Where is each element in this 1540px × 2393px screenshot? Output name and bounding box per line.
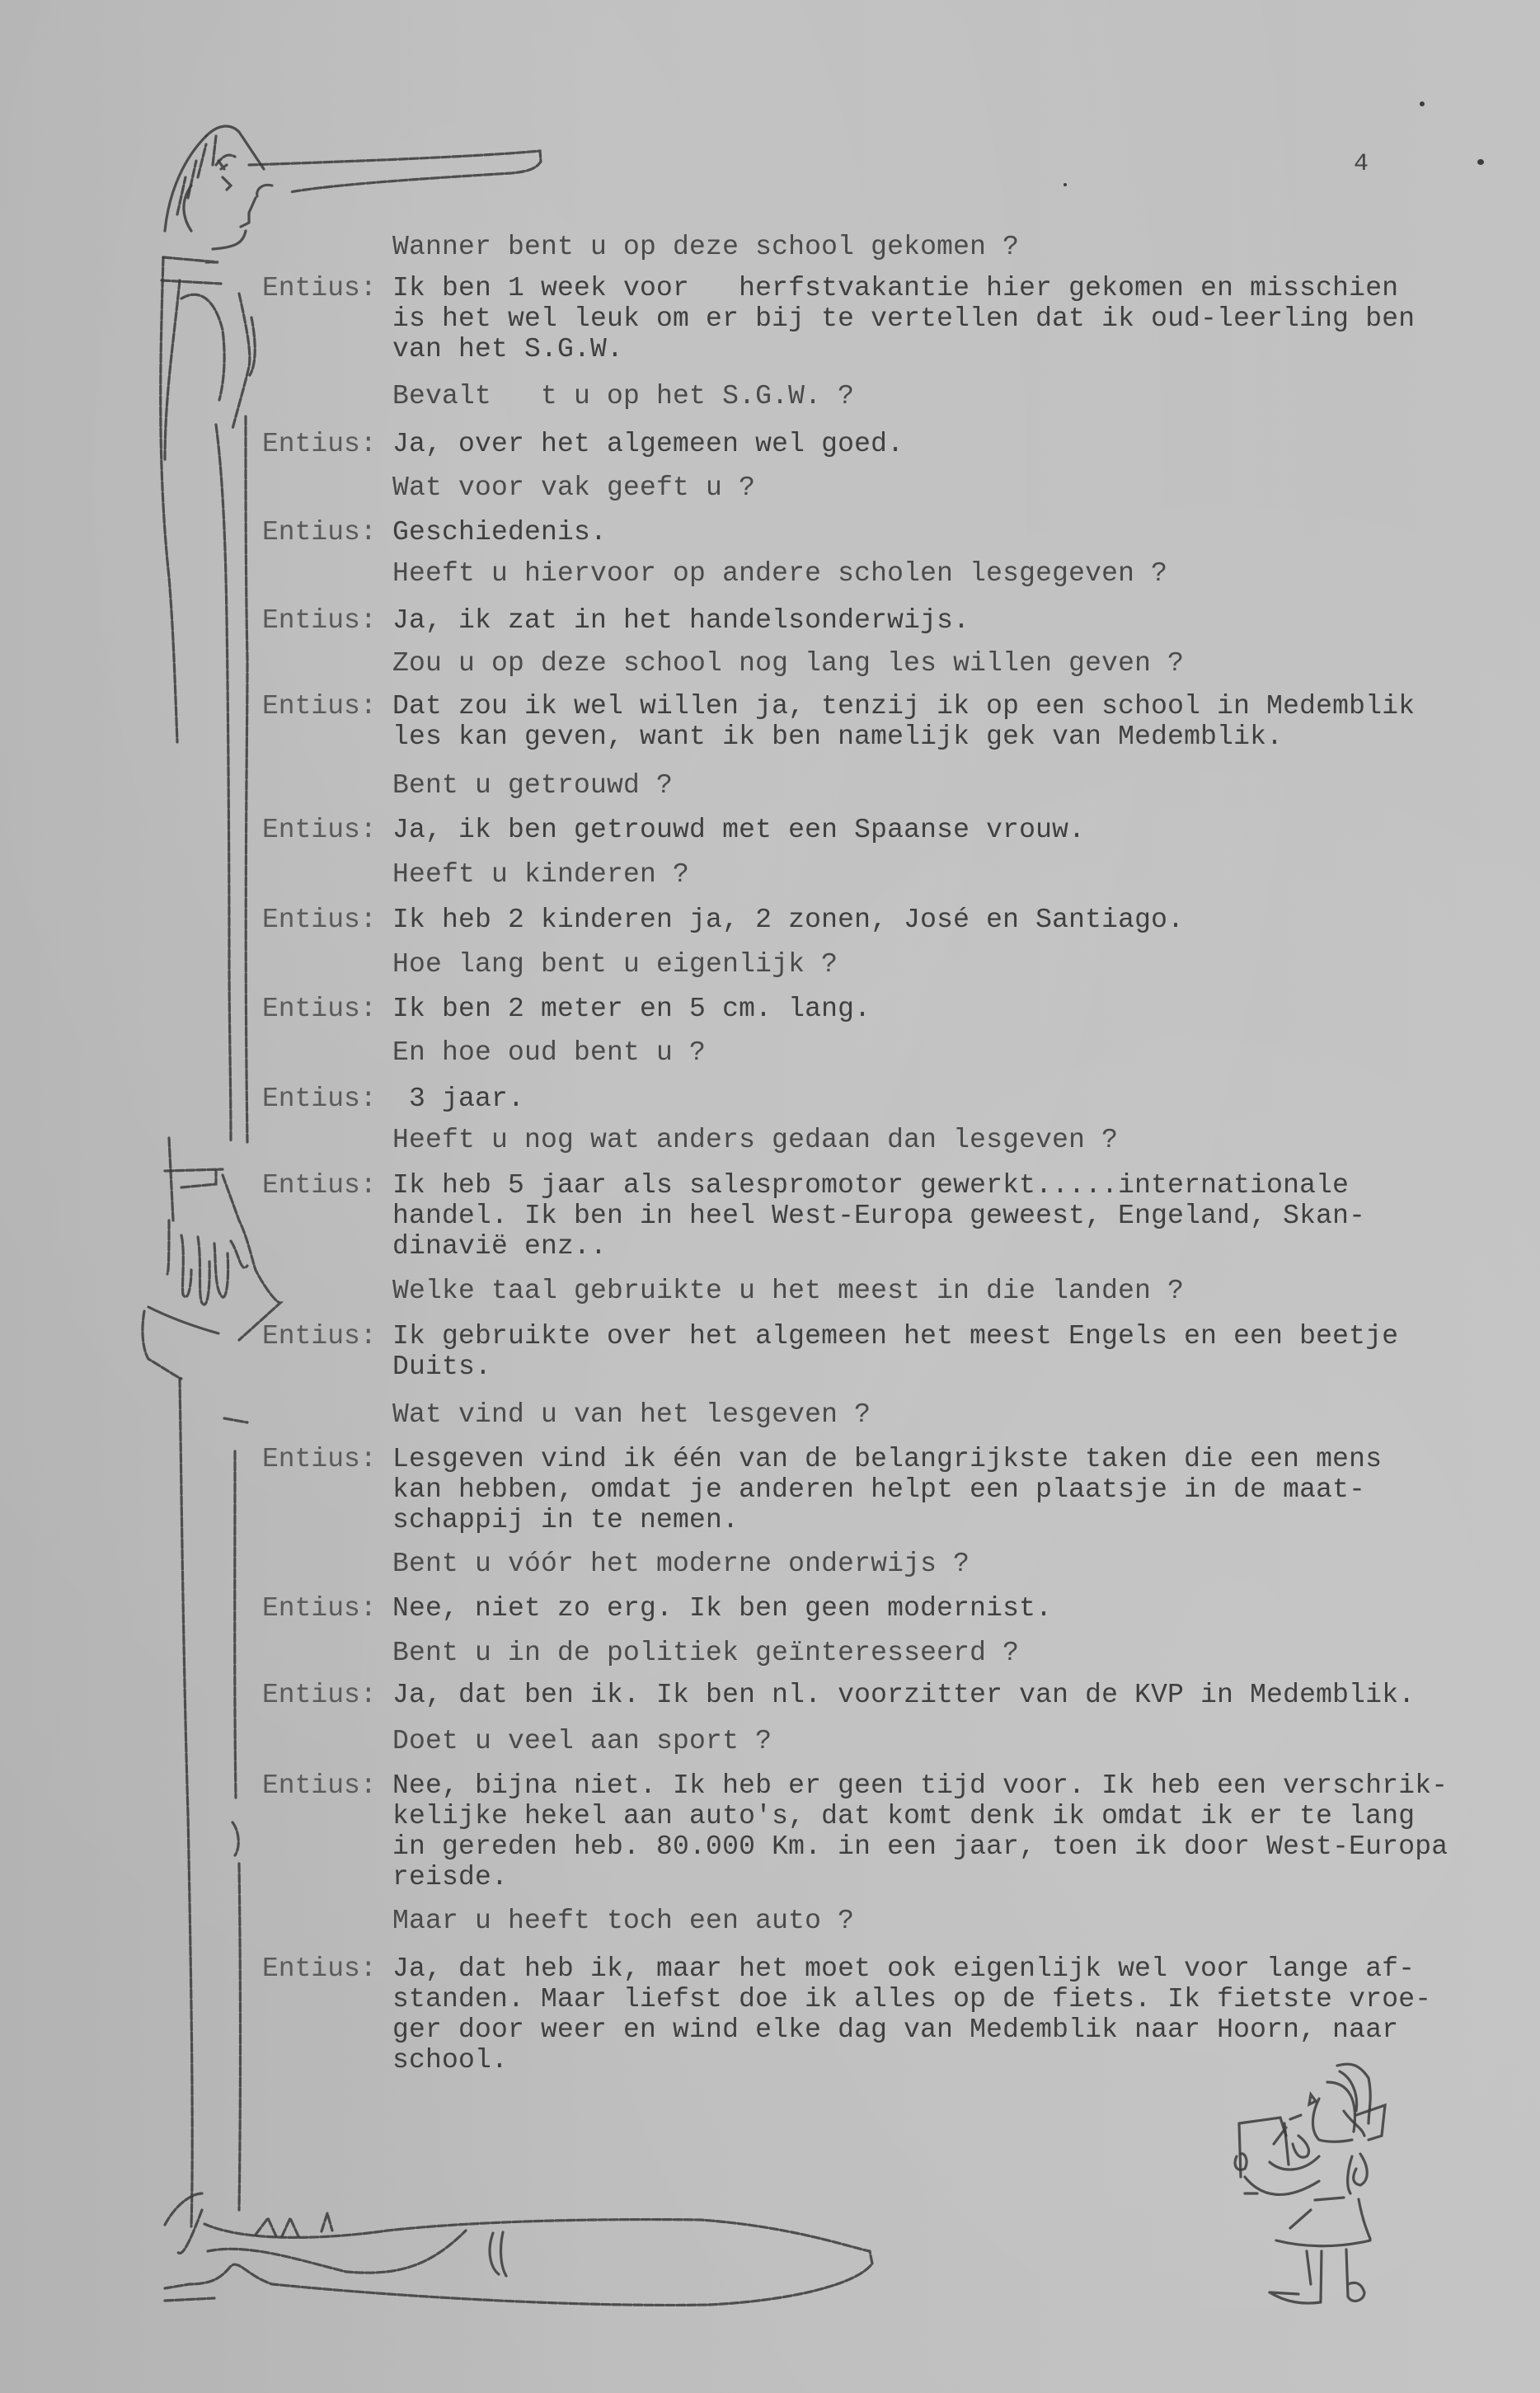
- interview-answer: Geschiedenis.: [392, 518, 607, 548]
- speaker-label: Entius:: [262, 692, 377, 722]
- speaker-label: Entius:: [262, 816, 377, 845]
- interview-question: Wat voor vak geeft u ?: [392, 473, 755, 503]
- interview-answer: Ik ben 1 week voor herfstvakantie hier g…: [392, 274, 1398, 303]
- speaker-label: Entius:: [262, 518, 377, 548]
- interview-answer: Ja, dat heb ik, maar het moet ook eigenl…: [392, 1954, 1415, 1984]
- interview-answer: Ja, ik ben getrouwd met een Spaanse vrou…: [392, 816, 1085, 845]
- interview-answer: Ik heb 2 kinderen ja, 2 zonen, José en S…: [392, 905, 1184, 935]
- paper-speck: [1420, 101, 1425, 106]
- speaker-label: Entius:: [262, 430, 377, 459]
- interview-answer: dinavië enz..: [392, 1232, 607, 1262]
- interview-answer: Duits.: [392, 1352, 491, 1382]
- speaker-label: Entius:: [262, 1445, 377, 1474]
- interview-question: Heeft u nog wat anders gedaan dan lesgev…: [392, 1126, 1118, 1155]
- interview-answer: ger door weer en wind elke dag van Medem…: [392, 2015, 1398, 2045]
- interview-answer: Ja, dat ben ik. Ik ben nl. voorzitter va…: [392, 1681, 1415, 1710]
- interview-answer: kelijke hekel aan auto's, dat komt denk …: [392, 1802, 1415, 1831]
- interview-question: Doet u veel aan sport ?: [392, 1727, 772, 1756]
- interview-answer: reisde.: [392, 1863, 508, 1892]
- interview-answer: les kan geven, want ik ben namelijk gek …: [392, 722, 1283, 752]
- paper-speck: [1477, 159, 1484, 165]
- interview-answer: Ik gebruikte over het algemeen het meest…: [392, 1322, 1398, 1352]
- interview-question: Bent u getrouwd ?: [392, 771, 673, 801]
- interview-question: Hoe lang bent u eigenlijk ?: [392, 950, 838, 980]
- speaker-label: Entius:: [262, 274, 377, 303]
- interview-answer: school.: [392, 2046, 508, 2076]
- interview-answer: schappij in te nemen.: [392, 1506, 739, 1535]
- interview-question: Heeft u kinderen ?: [392, 860, 689, 890]
- speaker-label: Entius:: [262, 1594, 377, 1624]
- paper-speck: [1063, 183, 1067, 186]
- speaker-label: Entius:: [262, 1171, 377, 1201]
- interview-answer: van het S.G.W.: [392, 335, 623, 364]
- interview-question: Maar u heeft toch een auto ?: [392, 1906, 854, 1936]
- speaker-label: Entius:: [262, 606, 377, 636]
- speaker-label: Entius:: [262, 1084, 377, 1114]
- speaker-label: Entius:: [262, 994, 377, 1024]
- interview-question: Welke taal gebruikte u het meest in die …: [392, 1276, 1184, 1306]
- interview-answer: handel. Ik ben in heel West-Europa gewee…: [392, 1201, 1365, 1231]
- interview-question: Bent u in de politiek geïnteresseerd ?: [392, 1638, 1019, 1668]
- interview-question: Bent u vóór het moderne onderwijs ?: [392, 1549, 970, 1579]
- interview-answer: standen. Maar liefst doe ik alles op de …: [392, 1985, 1431, 2015]
- speaker-label: Entius:: [262, 1681, 377, 1710]
- interview-answer: Nee, niet zo erg. Ik ben geen modernist.: [392, 1594, 1052, 1624]
- interview-answer: Nee, bijna niet. Ik heb er geen tijd voo…: [392, 1771, 1448, 1801]
- speaker-label: Entius:: [262, 1322, 377, 1352]
- interview-answer: Lesgeven vind ik één van de belangrijkst…: [392, 1445, 1382, 1474]
- interview-answer: is het wel leuk om er bij te vertellen d…: [392, 304, 1415, 334]
- interview-question: Zou u op deze school nog lang les willen…: [392, 649, 1184, 679]
- interview-answer: 3 jaar.: [392, 1084, 524, 1114]
- interview-answer: in gereden heb. 80.000 Km. in een jaar, …: [392, 1832, 1448, 1862]
- interview-question: En hoe oud bent u ?: [392, 1038, 706, 1068]
- interview-answer: Ik heb 5 jaar als salespromotor gewerkt.…: [392, 1171, 1349, 1201]
- interview-question: Wanner bent u op deze school gekomen ?: [392, 233, 1019, 262]
- interview-answer: kan hebben, omdat je anderen helpt een p…: [392, 1475, 1365, 1505]
- speaker-label: Entius:: [262, 1771, 377, 1801]
- speaker-label: Entius:: [262, 1954, 377, 1984]
- interview-question: Wat vind u van het lesgeven ?: [392, 1400, 871, 1430]
- interview-answer: Ik ben 2 meter en 5 cm. lang.: [392, 994, 871, 1024]
- interview-answer: Ja, over het algemeen wel goed.: [392, 430, 904, 459]
- interview-question: Bevalt t u op het S.G.W. ?: [392, 382, 854, 411]
- page-number: 4: [1354, 150, 1369, 178]
- interview-answer: Dat zou ik wel willen ja, tenzij ik op e…: [392, 692, 1415, 722]
- interview-question: Heeft u hiervoor op andere scholen lesge…: [392, 559, 1167, 589]
- speaker-label: Entius:: [262, 905, 377, 935]
- interview-answer: Ja, ik zat in het handelsonderwijs.: [392, 606, 970, 636]
